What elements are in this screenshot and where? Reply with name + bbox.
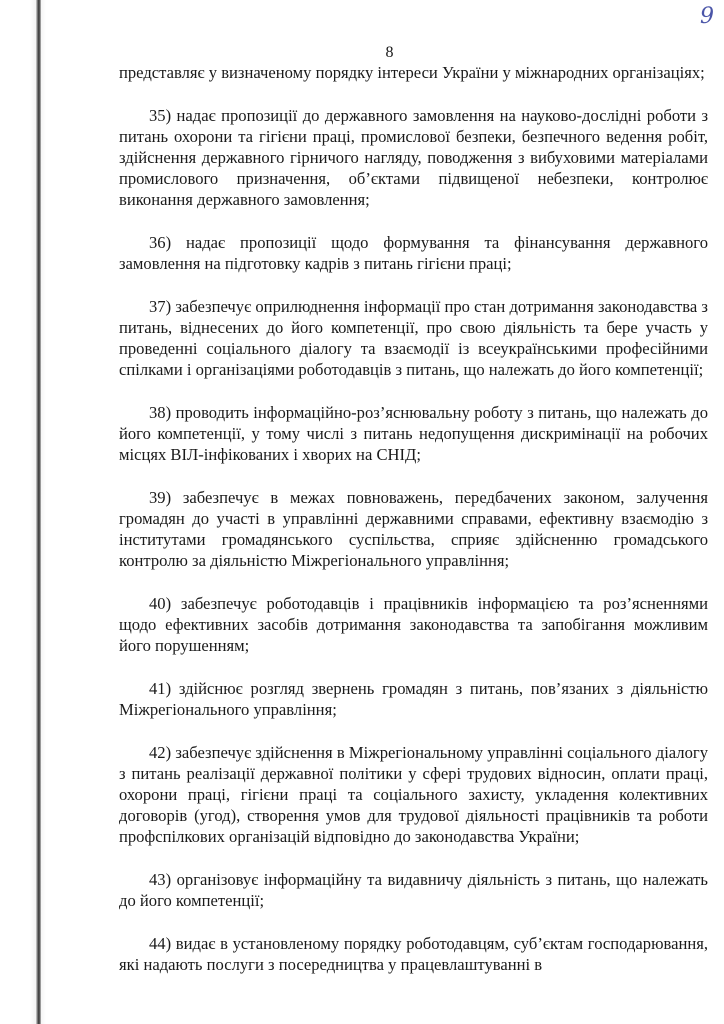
handwritten-sheet-number: 9	[700, 4, 714, 29]
paragraph-continuation: представляє у визначеному порядку інтере…	[119, 62, 708, 83]
paragraph-item-38: 38) проводить інформаційно-роз’яснювальн…	[119, 402, 708, 465]
paragraph-item-44: 44) видає в установленому порядку робото…	[119, 933, 708, 975]
paragraph-item-36: 36) надає пропозиції щодо формування та …	[119, 232, 708, 274]
paragraph-item-37: 37) забезпечує оприлюднення інформації п…	[119, 296, 708, 380]
page-number: 8	[0, 44, 724, 62]
paragraph-item-40: 40) забезпечує роботодавців і працівникі…	[119, 593, 708, 656]
paragraph-item-39: 39) забезпечує в межах повноважень, пере…	[119, 487, 708, 571]
paragraph-item-43: 43) організовує інформаційну та видавнич…	[119, 869, 708, 911]
document-body: представляє у визначеному порядку інтере…	[119, 62, 708, 975]
binding-edge	[36, 0, 41, 1024]
paragraph-item-35: 35) надає пропозиції до державного замов…	[119, 105, 708, 210]
paragraph-item-41: 41) здійснює розгляд звернень громадян з…	[119, 678, 708, 720]
paragraph-item-42: 42) забезпечує здійснення в Міжрегіональ…	[119, 742, 708, 847]
